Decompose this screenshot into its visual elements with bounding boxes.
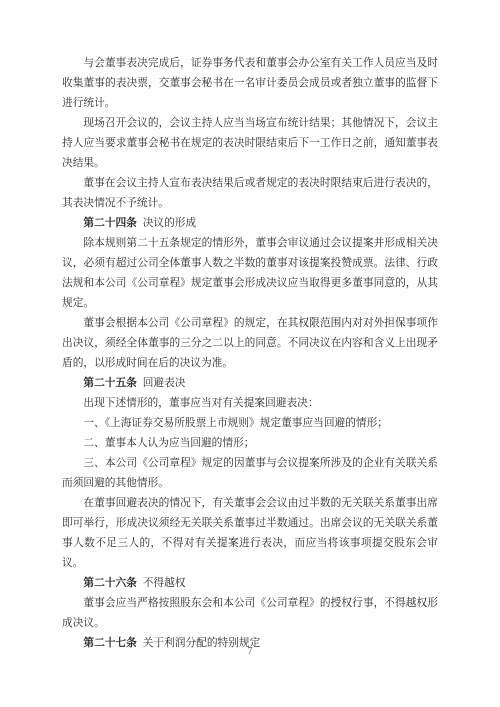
article-heading: 第二十四条决议的形成	[62, 213, 438, 233]
article-number: 第二十五条	[83, 377, 136, 389]
article-number: 第二十四条	[83, 217, 136, 229]
document-body: 与会董事表决完成后，证券事务代表和董事会办公室有关工作人员应当及时收集董事的表决…	[62, 53, 438, 653]
article-title: 回避表决	[143, 377, 186, 389]
paragraph: 董事在会议主持人宣布表决结果后或者规定的表决时限结束后进行表决的，其表决情况不予…	[62, 173, 438, 213]
paragraph: 二、董事本人认为应当回避的情形；	[62, 433, 438, 453]
article-title: 决议的形成	[143, 217, 196, 229]
paragraph: 一、《上海证券交易所股票上市规则》规定董事应当回避的情形；	[62, 413, 438, 433]
paragraph: 董事会根据本公司《公司章程》的规定，在其权限范围内对对外担保事项作出决议，须经全…	[62, 313, 438, 373]
document-page: 与会董事表决完成后，证券事务代表和董事会办公室有关工作人员应当及时收集董事的表决…	[0, 0, 500, 707]
paragraph: 在董事回避表决的情况下，有关董事会会议由过半数的无关联关系董事出席即可举行，形成…	[62, 493, 438, 573]
paragraph: 董事会应当严格按照股东会和本公司《公司章程》的授权行事，不得越权形成决议。	[62, 593, 438, 633]
article-heading: 第二十五条回避表决	[62, 373, 438, 393]
article-heading: 第二十六条不得越权	[62, 573, 438, 593]
paragraph: 三、本公司《公司章程》规定的因董事与会议提案所涉及的企业有关联关系而须回避的其他…	[62, 453, 438, 493]
page-number: 7	[0, 645, 500, 659]
paragraph: 现场召开会议的，会议主持人应当当场宣布统计结果；其他情况下，会议主持人应当要求董…	[62, 113, 438, 173]
article-title: 不得越权	[143, 577, 186, 589]
paragraph: 除本规则第二十五条规定的情形外，董事会审议通过会议提案并形成相关决议，必须有超过…	[62, 233, 438, 313]
paragraph: 与会董事表决完成后，证券事务代表和董事会办公室有关工作人员应当及时收集董事的表决…	[62, 53, 438, 113]
paragraph: 出现下述情形的，董事应当对有关提案回避表决：	[62, 393, 438, 413]
article-number: 第二十六条	[83, 577, 136, 589]
